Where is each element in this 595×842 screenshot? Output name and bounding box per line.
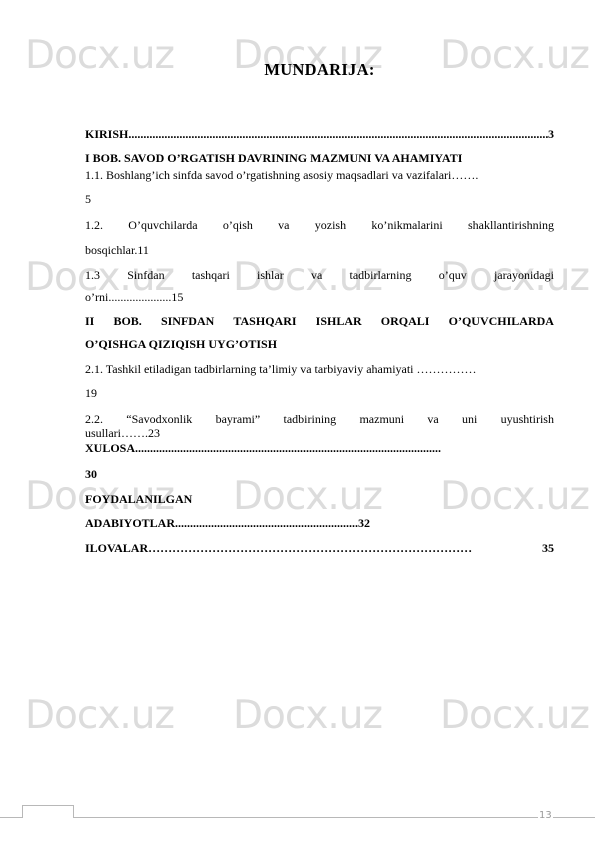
toc-word: bayrami” <box>216 412 261 426</box>
toc-word: uyushtirish <box>501 412 554 426</box>
toc-label: KIRISH <box>85 127 128 141</box>
toc-entry-1-2: 1.2. O’quvchilarda o’qish va yozish ko’n… <box>85 218 554 232</box>
toc-entry-references-cont: ADABIYOTLAR.............................… <box>85 516 554 530</box>
toc-word: tadbirining <box>284 412 337 426</box>
page-number: 13 <box>538 810 553 821</box>
toc-word: SINFDAN <box>161 314 214 328</box>
toc-word: 1.2. <box>85 218 103 232</box>
toc-word: 1.3 <box>85 268 100 282</box>
toc-word: va <box>278 218 289 232</box>
toc-page-number: 5 <box>85 192 554 206</box>
footer-tab-gap <box>23 817 73 818</box>
toc-entry-kirish: KIRISH .................................… <box>85 127 554 141</box>
toc-word: II <box>85 314 94 328</box>
toc-word: jarayonidagi <box>494 268 554 282</box>
toc-word: o’quv <box>439 268 467 282</box>
toc-chapter-2-heading-cont: O’QISHGA QIZIQISH UYG’OTISH <box>85 337 554 351</box>
toc-label: ILOVALAR……………………………………………………………………… <box>85 541 472 555</box>
toc-word: TASHQARI <box>233 314 296 328</box>
toc-word: va <box>311 268 322 282</box>
toc-page-number: 19 <box>85 386 554 400</box>
toc-entry-2-2-cont: usullari…….23 <box>85 426 554 440</box>
toc-word: O’QUVCHILARDA <box>449 314 554 328</box>
toc-page-number: 30 <box>85 467 554 481</box>
toc-leader-dots: ........................................… <box>128 127 548 141</box>
toc-word: va <box>427 412 438 426</box>
toc-word: O’quvchilarda <box>128 218 197 232</box>
toc-page-number: 3 <box>548 127 554 141</box>
toc-word: Sinfdan <box>127 268 164 282</box>
toc-entry-1-3: 1.3 Sinfdan tashqari ishlar va tadbirlar… <box>85 268 554 282</box>
watermark: Docx.uz <box>233 693 382 738</box>
toc-word: uni <box>462 412 477 426</box>
page-title: MUNDARIJA: <box>85 60 554 80</box>
toc-entry-ilovalar: ILOVALAR……………………………………………………………………… 35 <box>85 541 554 555</box>
toc-word: tadbirlarning <box>350 268 412 282</box>
footer-rule <box>0 817 595 818</box>
toc-page-number: 35 <box>542 541 554 555</box>
toc-entry-2-1: 2.1. Tashkil etiladigan tadbirlarning ta… <box>85 362 554 376</box>
toc-word: shakllantirishning <box>468 218 554 232</box>
watermark: Docx.uz <box>25 693 174 738</box>
toc-word: 2.2. <box>85 412 103 426</box>
toc-entry-1-3-cont: o’rni.....................15 <box>85 290 554 304</box>
toc-word: ISHLAR <box>316 314 362 328</box>
document-page: Docx.uz Docx.uz Docx.uz Docx.uz Docx.uz … <box>0 0 595 842</box>
toc-entry-references: FOYDALANILGAN <box>85 492 554 506</box>
toc-entry-1-2-cont: bosqichlar.11 <box>85 243 554 257</box>
toc-chapter-2-heading: II BOB. SINFDAN TASHQARI ISHLAR ORQALI O… <box>85 314 554 328</box>
toc-chapter-1-heading: I BOB. SAVOD O’RGATISH DAVRINING MAZMUNI… <box>85 151 554 165</box>
toc-entry-1-1: 1.1. Boshlang’ich sinfda savod o’rgatish… <box>85 168 554 182</box>
toc-word: tashqari <box>192 268 230 282</box>
toc-word: BOB. <box>113 314 141 328</box>
toc-word: yozish <box>315 218 346 232</box>
toc-word: mazmuni <box>359 412 404 426</box>
toc-entry-2-2: 2.2. “Savodxonlik bayrami” tadbirining m… <box>85 412 554 426</box>
toc-word: “Savodxonlik <box>126 412 192 426</box>
toc-word: ORQALI <box>381 314 430 328</box>
watermark: Docx.uz <box>440 693 589 738</box>
toc-word: ko’nikmalarini <box>371 218 442 232</box>
toc-word: ishlar <box>257 268 284 282</box>
toc-word: o’qish <box>223 218 253 232</box>
toc-entry-xulosa: XULOSA..................................… <box>85 441 554 455</box>
